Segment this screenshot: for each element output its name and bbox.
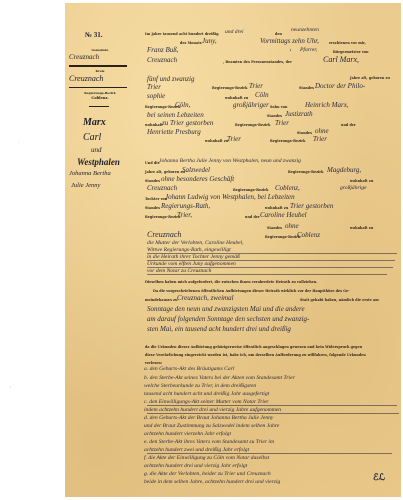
groom-surname: Marx (83, 118, 106, 128)
and-word: und (91, 147, 102, 154)
form-print: Standes (145, 207, 160, 210)
regbez-value: Coblenz. (70, 97, 130, 101)
form-hand: Johann Ludwig von Westphalen, bei Lebzei… (165, 194, 295, 201)
margin-divider-2 (69, 87, 127, 88)
form-hand: Salzwedel (182, 167, 210, 174)
form-print: Jahre alt, geboren zu (350, 77, 390, 80)
body-print-line: Da die vorgeschriebenen öffentlichen Auf… (153, 290, 350, 293)
document-item: d. den Geburts-Akt der Braut Johanna Ber… (144, 416, 273, 422)
gemeinde-value: Creuznach (69, 54, 99, 61)
form-print: Und die (145, 162, 160, 165)
form-hand: Trier (147, 84, 161, 91)
form-print: Regierungs-Bezirk (265, 236, 300, 239)
form-hand: Caroline Heubel (260, 212, 307, 219)
document-item: achtzehn hundert vierzehn Jahr erfolgt (144, 432, 231, 438)
form-print: Bürgermeister von (333, 51, 369, 54)
body-print-line: Dieselben haben mich aufgefordert, die z… (145, 281, 317, 284)
aufgebot-line: Sonntage den neun und zwanzigsten Mai un… (147, 306, 305, 313)
consent-line: die Mutter der Verlobten, Caroline Heube… (147, 241, 244, 247)
form-print: Regierungs-Bezirk (145, 216, 180, 219)
kreis-label: Kreis (70, 70, 130, 73)
form-hand: Cöln (255, 92, 269, 99)
stray-mark: ' (10, 386, 11, 392)
document-item: f. die Akte der Einwilligung zu Cöln vom… (144, 456, 269, 462)
groom-firstname: Carl (83, 133, 101, 143)
ink-scribble (147, 274, 387, 275)
ink-scribble (147, 260, 395, 261)
aufgebot-line: am darauf folgenden Sonntage den sechste… (147, 316, 309, 323)
form-hand: neunzehnten (291, 28, 319, 34)
body-print-line: meindehauses zu (145, 299, 178, 302)
ink-scribble (147, 253, 397, 254)
document-item: g. die Akte der Verlobten, beider zu Tri… (144, 472, 271, 478)
document-item: b. den Sterbe-Akt seines Vaters bei der … (144, 376, 295, 382)
form-hand: Doctor der Philo- (315, 83, 365, 90)
ink-underline (147, 413, 399, 414)
form-hand: Pfarrer, (300, 48, 317, 54)
form-hand: Trier (313, 136, 327, 143)
form-hand: Creuznach (147, 185, 177, 192)
form-print: und der (341, 124, 356, 127)
form-print: Sohn von (270, 106, 287, 109)
document-item: beide in dem selben Jahre, achtzehn hund… (144, 480, 280, 486)
form-hand: großjähriger (233, 102, 269, 109)
form-hand: bei seinen Lebzeiten (147, 112, 204, 119)
form-print: Regierungs-Bezirk (212, 87, 247, 90)
body-print-line: Statt gehabt haben, nämlich die erste am (300, 299, 379, 302)
document-item: und der Braut Zustimmung zu Salzwedel in… (144, 424, 279, 430)
form-hand: Justizrath (285, 111, 313, 118)
form-print: wohnhaft zu (350, 180, 373, 183)
body-print-line: verlesen: (145, 362, 162, 365)
form-hand: Vormittags zehn Uhr, (260, 38, 319, 45)
form-hand: Trier (227, 136, 241, 143)
form-print: wohnhaft zu (225, 97, 248, 100)
bride-name-1: Johanna Bertha (69, 171, 111, 178)
kreis-value: Creuznach (69, 75, 103, 83)
form-hand: ohne (285, 223, 299, 230)
form-hand: sophie (147, 93, 165, 100)
form-hand: Coblenz (297, 232, 320, 239)
form-hand: Juny, (202, 38, 217, 45)
form-print: , Beamten des Personenstandes, der (223, 61, 292, 64)
form-hand: Coblenz, (275, 185, 300, 192)
body-print-line: da die Urkunden dieser Aufbietung gehöri… (145, 346, 362, 349)
signature-mark: ℰℒ (373, 473, 385, 482)
regbez-label: Regierungs-Bezirk (70, 92, 130, 95)
form-print: wohnhaft zu (265, 207, 288, 210)
form-print: Tochter von (145, 198, 167, 201)
body-print-line: diese Verehelichung eingereicht worden i… (145, 354, 366, 357)
aufgebot-line: sten Mai, ein tausend acht hundert drei … (147, 326, 291, 333)
form-hand: Creuznach (147, 231, 181, 239)
form-hand: Creuznach (147, 57, 177, 64)
document-item: a. den Geburts-Akt des Bräutigams Carl (144, 367, 234, 373)
bride-surname: Westphalen (77, 158, 120, 167)
form-print: des Monats (180, 42, 202, 45)
form-print: Standes (297, 132, 312, 135)
form-print: Regierungs-Bezirk (235, 124, 270, 127)
form-hand: ohne (315, 128, 329, 135)
form-print: Standes (145, 180, 160, 183)
stray-mark: · (18, 140, 20, 146)
form-hand: Trier (249, 83, 263, 90)
form-print: Regierungs-Bezirk (288, 171, 323, 174)
document-item: tausend acht hundert acht und dreißig Ja… (144, 392, 269, 398)
form-print: Im Jahre tausend acht hundert dreißig (145, 33, 219, 36)
form-hand: fünf und zwanzig (147, 76, 194, 83)
form-hand: und drei (225, 30, 244, 36)
form-hand: zu Trier gestorben (162, 120, 213, 127)
document-item: e. den Sterbe-Akt ihres Vaters vom Stand… (144, 440, 274, 446)
form-print: Regierungs-Bezirk (270, 140, 305, 143)
document-item: achtzehn hundert drei und vierzig Jahr e… (144, 464, 247, 470)
form-hand: Cöln, (175, 102, 190, 109)
form-print: wohnhaft zu (350, 227, 373, 230)
certificate-page: № 31. Gemeinde Creuznach Kreis Creuznach… (65, 3, 401, 497)
form-print: Standes (267, 115, 282, 118)
bride-name-2: Julie Jenny (71, 183, 100, 190)
form-print: Standes (299, 87, 314, 90)
entry-number: № 31. (85, 32, 103, 39)
form-print: und der (245, 216, 260, 219)
form-hand: Johanna Bertha Julie Jenny von Westphale… (159, 159, 301, 165)
form-hand: Magdeburg, (327, 167, 361, 174)
form-print: wohnhaft zu (205, 140, 228, 143)
form-print: Jahre alt, geboren zu (145, 171, 185, 174)
form-print: wohnhaft (145, 124, 163, 127)
form-print: Regierungs-Bezirk (233, 189, 268, 192)
form-hand: Carl Marx, (323, 56, 359, 64)
ink-underline (147, 405, 397, 406)
margin-divider-1 (69, 65, 127, 67)
form-hand: Heinrich Marx, (305, 102, 349, 109)
form-print: den (275, 33, 282, 36)
document-item: welche Sterbeurkunde zu Trier, in dem dr… (144, 384, 256, 390)
form-hand: Trier, (177, 212, 192, 219)
form-hand: Trier gestorben (290, 203, 333, 210)
form-hand: großjährige (340, 186, 367, 192)
form-hand: Franz Buß, (147, 47, 179, 54)
form-hand: ohne besonderes Geschäft (161, 176, 234, 183)
form-hand: Pfarrer, Bürgermeister (290, 48, 291, 54)
form-hand: Henriette Presburg (147, 129, 201, 136)
margin-divider-3 (89, 106, 109, 107)
gemeinde-label: Gemeinde (70, 49, 130, 52)
ink-scribble (147, 267, 393, 268)
form-hand: Regierungs-Rath, (161, 203, 210, 210)
ink-underline (147, 453, 392, 454)
form-hand: Trier (275, 120, 289, 127)
form-print: Standes (267, 227, 282, 230)
aufgebot-place: Creuznach, zweimal (177, 295, 234, 302)
form-print: erschienen vor mir, (329, 42, 366, 45)
